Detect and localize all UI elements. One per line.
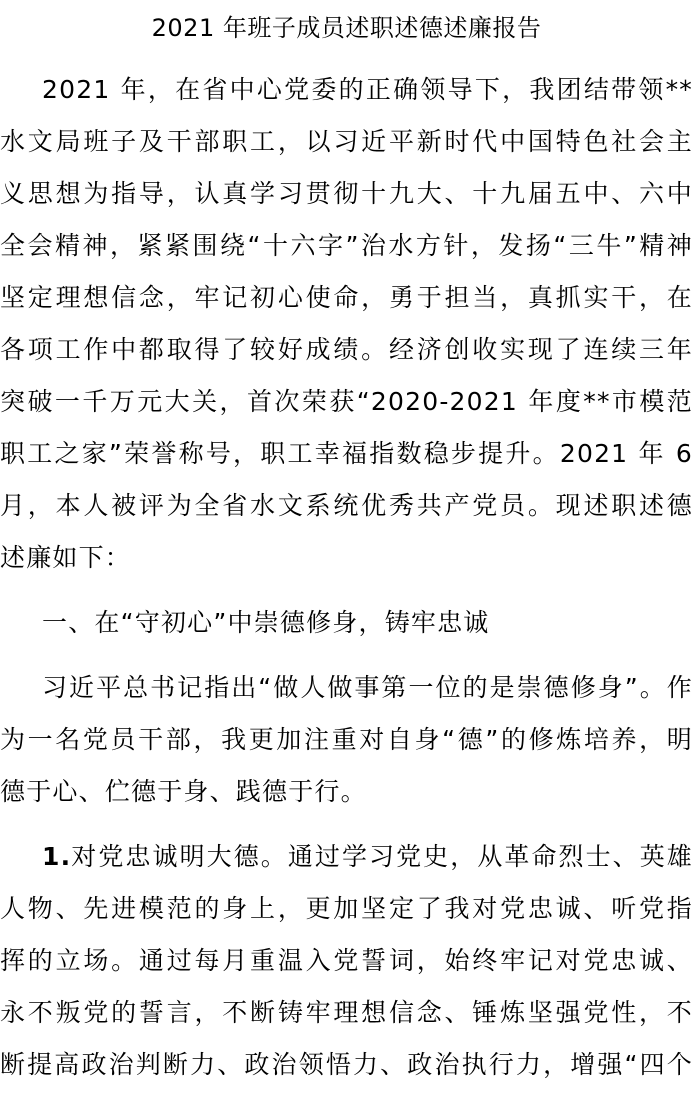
paragraph-1-line-10: 述廉如下： [0, 538, 693, 578]
paragraph-3-line-3: 挥的立场。通过每月重温入党誓词，始终牢记对党忠诚、 [0, 941, 693, 981]
item-text-line-1: 对党忠诚明大德。通过学习党史，从革命烈士、英雄 [71, 837, 693, 877]
paragraph-1-line-6: 各项工作中都取得了较好成绩。经济创收实现了连续三年 [0, 330, 693, 370]
paragraph-2-line-3: 德于心、伫德于身、践德于行。 [0, 772, 693, 812]
paragraph-1-line-2: 水文局班子及干部职工，以习近平新时代中国特色社会主 [0, 122, 693, 162]
paragraph-1-line-5: 坚定理想信念，牢记初心使命，勇于担当，真抓实干，在 [0, 278, 693, 318]
section-heading-1: 一、在“守初心”中崇德修身，铸牢忠诚 [0, 603, 693, 643]
paragraph-3-line-1: 1. 对党忠诚明大德。通过学习党史，从革命烈士、英雄 [0, 837, 693, 877]
paragraph-3-line-5: 断提高政治判断力、政治领悟力、政治执行力，增强“四个 [0, 1045, 693, 1085]
paragraph-1-line-8: 职工之家”荣誉称号，职工幸福指数稳步提升。2021 年 6 [0, 434, 693, 474]
paragraph-1-line-9: 月，本人被评为全省水文系统优秀共产党员。现述职述德 [0, 486, 693, 526]
paragraph-1-line-1: 2021 年，在省中心党委的正确领导下，我团结带领** [0, 70, 693, 110]
paragraph-1-line-3: 义思想为指导，认真学习贯彻十九大、十九届五中、六中 [0, 174, 693, 214]
paragraph-3-line-4: 永不叛党的誓言，不断铸牢理想信念、锤炼坚强党性，不 [0, 993, 693, 1033]
paragraph-1-line-7: 突破一千万元大关，首次荣获“2020-2021 年度**市模范 [0, 382, 693, 422]
document-page: 2021 年班子成员述职述德述廉报告 2021 年，在省中心党委的正确领导下，我… [0, 0, 693, 1097]
paragraph-1-line-4: 全会精神，紧紧围绕“十六字”治水方针，发扬“三牛”精神 [0, 226, 693, 266]
document-title: 2021 年班子成员述职述德述廉报告 [0, 8, 693, 48]
item-number: 1. [42, 837, 71, 877]
paragraph-2-line-2: 为一名党员干部，我更加注重对自身“德”的修炼培养，明 [0, 720, 693, 760]
paragraph-3-line-2: 人物、先进模范的身上，更加坚定了我对党忠诚、听党指 [0, 889, 693, 929]
paragraph-2-line-1: 习近平总书记指出“做人做事第一位的是崇德修身”。作 [0, 668, 693, 708]
